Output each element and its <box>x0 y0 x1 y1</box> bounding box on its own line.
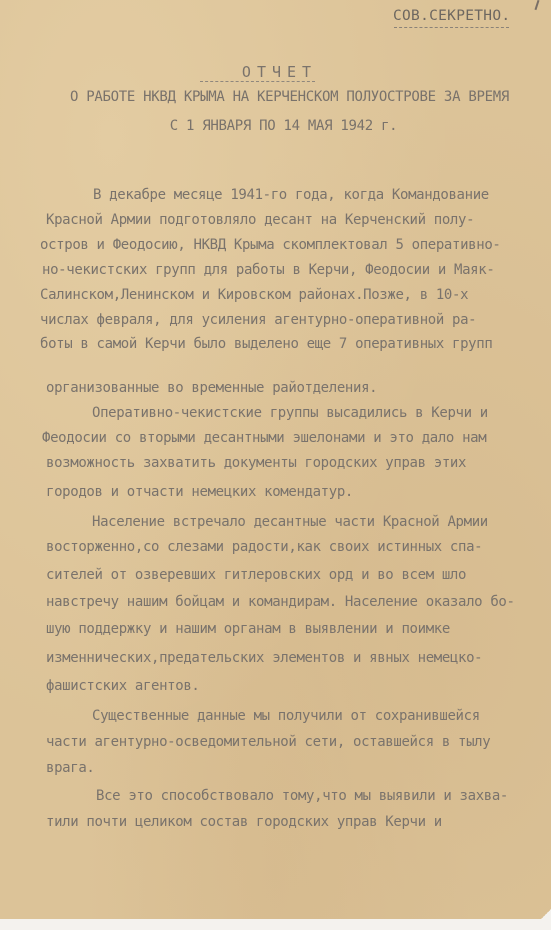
body-line: Феодосии со вторыми десантными эшелонами… <box>42 430 486 446</box>
body-line: изменнических,предательских элементов и … <box>46 650 482 666</box>
stamp-underline <box>394 27 509 28</box>
body-line: организованные во временные райотделения… <box>46 380 377 396</box>
body-line: тили почти целиком состав городских упра… <box>46 814 442 830</box>
body-line: навстречу нашим бойцам и командирам. Нас… <box>46 594 515 610</box>
body-line: остров и Феодосию, НКВД Крыма скомплекто… <box>40 237 501 253</box>
subtitle-line-2: С 1 ЯНВАРЯ ПО 14 МАЯ 1942 г. <box>0 118 551 134</box>
body-line: Население встречало десантные части Крас… <box>92 514 488 530</box>
subtitle-line-1: О РАБОТЕ НКВД КРЫМА НА КЕРЧЕНСКОМ ПОЛУОС… <box>0 89 551 105</box>
body-line: числах февраля, для усиления агентурно-о… <box>40 312 476 328</box>
body-line: Существенные данные мы получили от сохра… <box>92 708 480 724</box>
body-line: боты в самой Керчи было выделено еще 7 о… <box>40 336 492 352</box>
title-underline <box>200 81 315 82</box>
body-line: Все это способствовало тому,что мы выяви… <box>96 788 508 804</box>
body-line: врага. <box>46 760 94 776</box>
body-line: фашистских агентов. <box>46 678 200 694</box>
body-line: но-чекистских групп для работы в Керчи, … <box>42 262 494 278</box>
pen-mark <box>535 0 540 10</box>
body-line: городов и отчасти немецких комендатур. <box>46 484 353 500</box>
body-line: восторженно,со слезами радости,как своих… <box>46 539 482 555</box>
document-page: СОВ.СЕКРЕТНО. ОТЧЕТ О РАБОТЕ НКВД КРЫМА … <box>0 0 551 919</box>
body-line: сителей от озверевших гитлеровских орд и… <box>46 567 466 583</box>
body-line: Красной Армии подготовляло десант на Кер… <box>46 212 474 228</box>
document-title: ОТЧЕТ <box>0 63 551 81</box>
body-line: Салинском,Ленинском и Кировском районах.… <box>40 287 468 303</box>
body-line: возможность захватить документы городски… <box>46 455 466 471</box>
body-line: Оперативно-чекистские группы высадились … <box>92 405 488 421</box>
body-line: шую поддержку и нашим органам в выявлени… <box>46 621 450 637</box>
body-line: части агентурно-осведомительной сети, ос… <box>46 734 490 750</box>
body-line: В декабре месяце 1941-го года, когда Ком… <box>93 187 489 203</box>
classification-stamp: СОВ.СЕКРЕТНО. <box>393 8 510 24</box>
